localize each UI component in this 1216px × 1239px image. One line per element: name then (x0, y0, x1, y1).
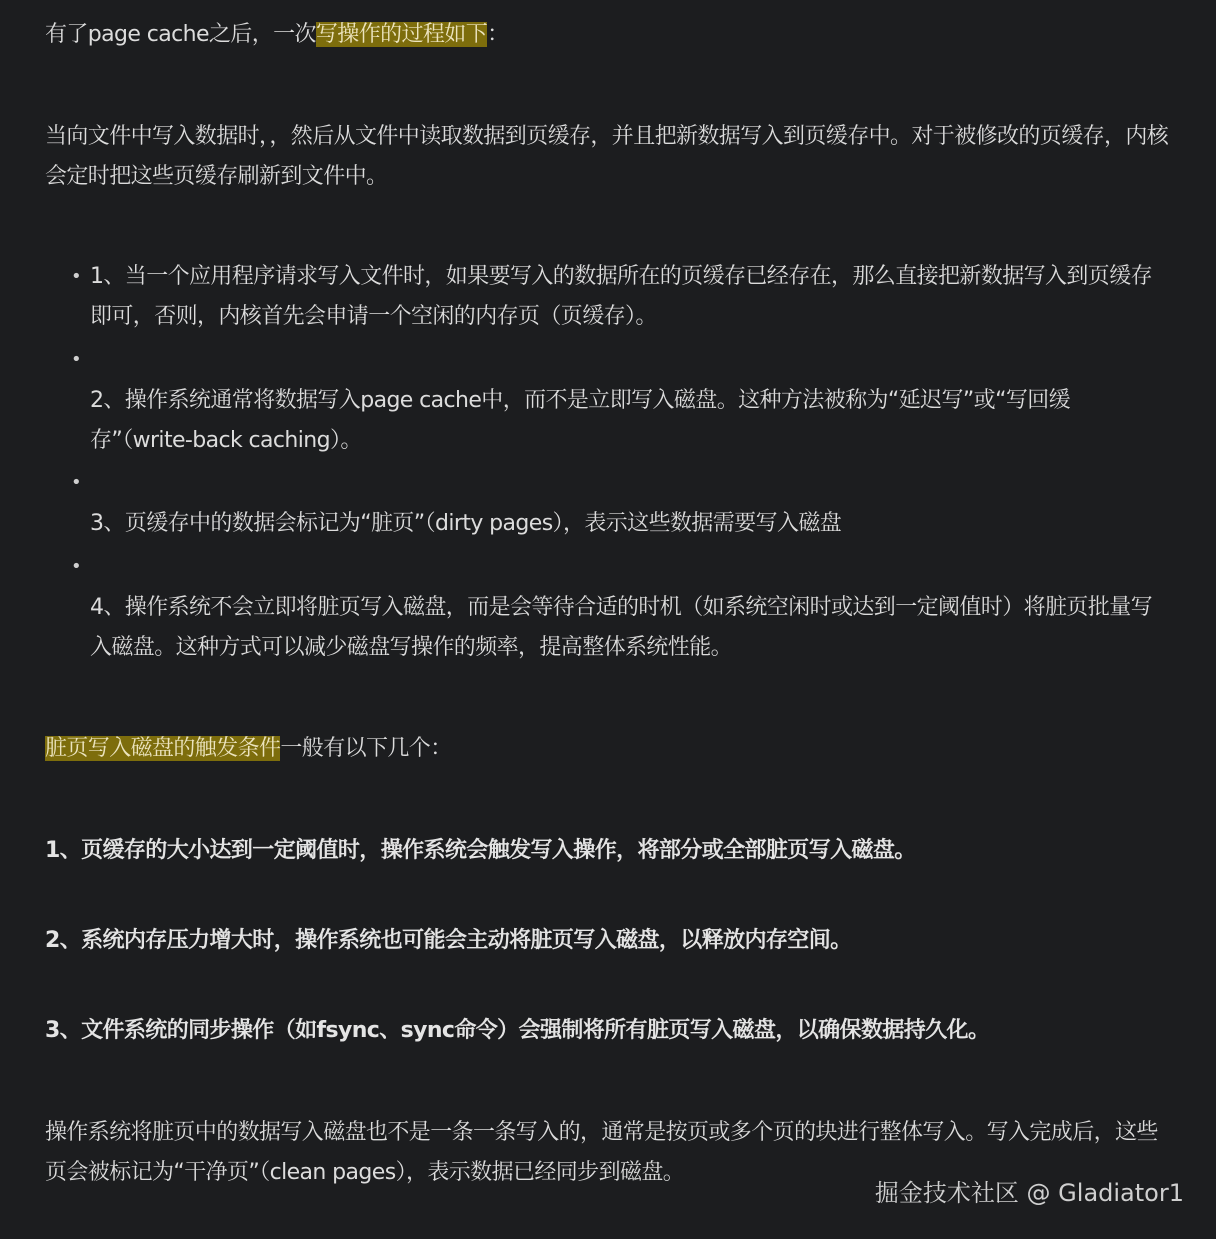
intro-highlight: 写操作的过程如下 (316, 22, 487, 47)
intro-paragraph: 有了page cache之后，一次写操作的过程如下： (45, 15, 1170, 55)
list-bullet: • (71, 463, 82, 503)
condition-item: 2、系统内存压力增大时，操作系统也可能会主动将脏页写入磁盘，以释放内存空间。 (45, 921, 1170, 961)
condition-item: 1、页缓存的大小达到一定阈值时，操作系统会触发写入操作，将部分或全部脏页写入磁盘… (45, 831, 1170, 871)
conditions-suffix: 一般有以下几个： (280, 736, 451, 761)
list-item: 1、当一个应用程序请求写入文件时，如果要写入的数据所在的页缓存已经存在，那么直接… (90, 257, 1170, 337)
list-item: 3、页缓存中的数据会标记为“脏页”（dirty pages），表示这些数据需要写… (90, 504, 1170, 544)
list-bullet: • (71, 340, 82, 380)
conditions-heading: 脏页写入磁盘的触发条件一般有以下几个： (45, 729, 1170, 769)
list-bullet: • (71, 547, 82, 587)
condition-item: 3、文件系统的同步操作（如fsync、sync命令）会强制将所有脏页写入磁盘，以… (45, 1011, 1170, 1051)
intro-prefix: 有了page cache之后，一次 (45, 22, 316, 47)
list-item: 2、操作系统通常将数据写入page cache中，而不是立即写入磁盘。这种方法被… (90, 381, 1170, 461)
list-item: 4、操作系统不会立即将脏页写入磁盘，而是会等待合适的时机（如系统空闲时或达到一定… (90, 588, 1170, 668)
paragraph-write-process: 当向文件中写入数据时，，然后从文件中读取数据到页缓存，并且把新数据写入到页缓存中… (45, 117, 1170, 197)
watermark: 掘金技术社区 @ Gladiator1 (875, 1173, 1184, 1213)
intro-suffix: ： (487, 22, 508, 47)
list-bullet: • (71, 257, 82, 297)
conditions-highlight: 脏页写入磁盘的触发条件 (45, 736, 280, 761)
